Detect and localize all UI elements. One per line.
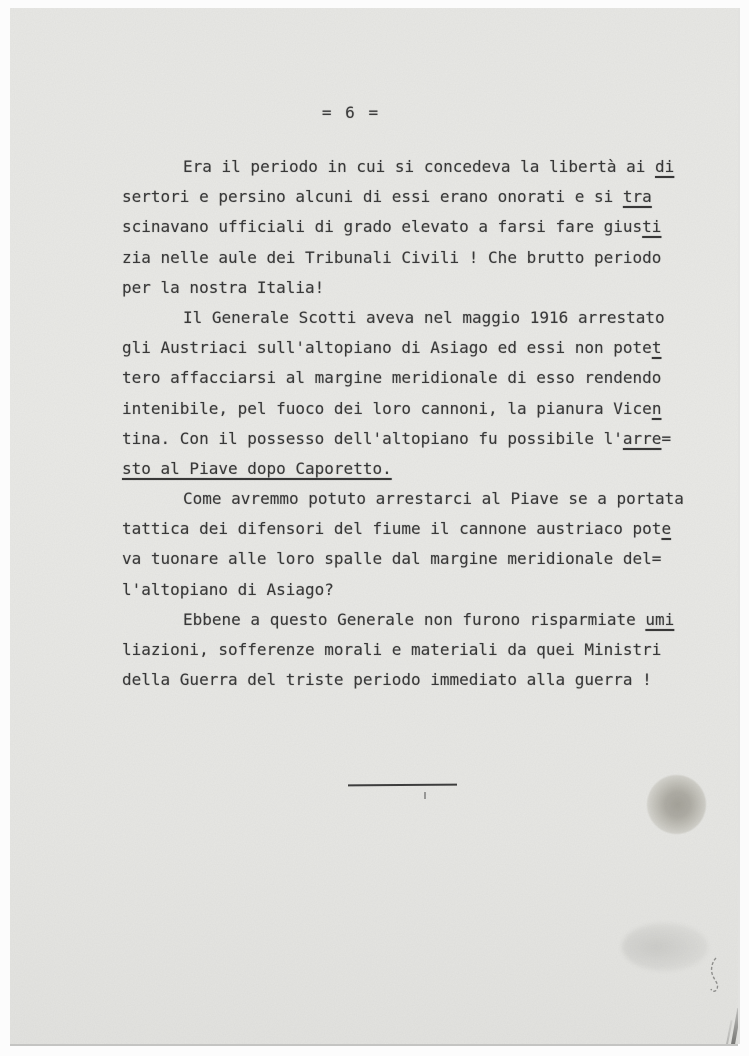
text-line: tina. Con il possesso dell'altopiano fu … (122, 424, 702, 454)
text-line: gli Austriaci sull'altopiano di Asiago e… (122, 333, 702, 363)
text-segment: gli Austriaci sull'altopiano di Asiago e… (122, 338, 652, 357)
page-number: = 6 = (290, 103, 412, 122)
divider-tick-mark (424, 792, 426, 799)
text-segment: tattica dei difensori del fiume il canno… (122, 519, 661, 538)
text-segment: per la nostra Italia! (122, 278, 324, 297)
text-line: l'altopiano di Asiago? (122, 575, 702, 605)
text-line: va tuonare alle loro spalle dal margine … (122, 544, 702, 574)
text-segment: l'altopiano di Asiago? (122, 580, 334, 599)
text-segment: va tuonare alle loro spalle dal margine … (122, 549, 661, 568)
text-line: per la nostra Italia! (122, 273, 702, 303)
document-page: = 6 = Era il periodo in cui si concedeva… (10, 8, 738, 1044)
text-segment: tero affacciarsi al margine meridionale … (122, 368, 661, 387)
scanned-document: = 6 = Era il periodo in cui si concedeva… (0, 0, 749, 1056)
text-segment: scinavano ufficiali di grado elevato a f… (122, 217, 642, 236)
text-line: della Guerra del triste periodo immediat… (122, 665, 702, 695)
text-line: liazioni, sofferenze morali e materiali … (122, 635, 702, 665)
text-segment: Era il periodo in cui si concedeva la li… (183, 157, 655, 176)
text-line: tero affacciarsi al margine meridionale … (122, 363, 702, 393)
text-segment: intenibile, pel fuoco dei loro cannoni, … (122, 399, 652, 418)
text-line: Ebbene a questo Generale non furono risp… (122, 605, 702, 635)
typewritten-text: Era il periodo in cui si concedeva la li… (122, 152, 702, 695)
ink-stain (647, 775, 706, 834)
underlined-text-segment: tra (623, 187, 652, 206)
underlined-text-segment: arre (623, 429, 662, 448)
underlined-text-segment: umi (645, 610, 674, 629)
scribble-mark (702, 956, 728, 996)
gray-smudge (622, 923, 708, 971)
text-segment: = (661, 429, 671, 448)
text-segment: della Guerra del triste periodo immediat… (122, 670, 652, 689)
text-line: scinavano ufficiali di grado elevato a f… (122, 212, 702, 242)
text-line: sto al Piave dopo Caporetto. (122, 454, 702, 484)
underlined-text-segment: ti (642, 217, 661, 236)
underlined-text-segment: n (652, 399, 662, 418)
text-line: Il Generale Scotti aveva nel maggio 1916… (122, 303, 702, 333)
text-line: zia nelle aule dei Tribunali Civili ! Ch… (122, 243, 702, 273)
text-segment: Il Generale Scotti aveva nel maggio 1916… (183, 308, 665, 327)
text-line: sertori e persino alcuni di essi erano o… (122, 182, 702, 212)
text-segment: Come avremmo potuto arrestarci al Piave … (183, 489, 684, 508)
underlined-text-segment: t (652, 338, 662, 357)
end-divider-line (348, 784, 457, 787)
text-line: intenibile, pel fuoco dei loro cannoni, … (122, 394, 702, 424)
underlined-text-segment: di (655, 157, 674, 176)
text-segment: sertori e persino alcuni di essi erano o… (122, 187, 623, 206)
text-segment: zia nelle aule dei Tribunali Civili ! Ch… (122, 248, 661, 267)
text-segment: liazioni, sofferenze morali e materiali … (122, 640, 661, 659)
text-line: Come avremmo potuto arrestarci al Piave … (122, 484, 702, 514)
text-line: Era il periodo in cui si concedeva la li… (122, 152, 702, 182)
text-segment: Ebbene a questo Generale non furono risp… (183, 610, 645, 629)
text-segment: tina. Con il possesso dell'altopiano fu … (122, 429, 623, 448)
text-line: tattica dei difensori del fiume il canno… (122, 514, 702, 544)
underlined-text-segment: e (661, 519, 671, 538)
underlined-text-segment: sto al Piave dopo Caporetto. (122, 459, 392, 478)
